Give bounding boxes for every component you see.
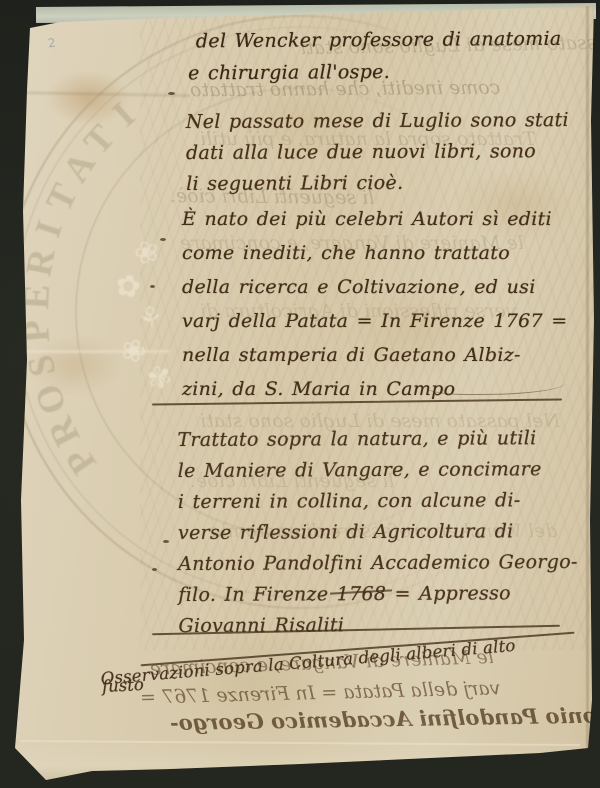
seal-letter: T — [76, 117, 123, 163]
seal-flower-icon: ❀ — [115, 330, 151, 371]
pencil-page-number: 2 — [47, 36, 57, 51]
seal-flower-icon: ⚘ — [135, 299, 167, 337]
ink-speck — [168, 92, 175, 95]
text-line: È nato dei più celebri Autori sì editi — [182, 202, 577, 236]
text-line: nella stamperia di Gaetano Albiz- — [182, 338, 577, 372]
text-line: dati alla luce due nuovi libri, sono — [186, 136, 581, 169]
seal-letter: R — [18, 244, 64, 279]
seal-letter: I — [105, 95, 143, 135]
seal-letter: T — [38, 177, 86, 217]
text-line: le Maniere di Vangare, e concimare — [178, 454, 578, 487]
seal-letter: R — [39, 409, 88, 453]
ink-speck — [160, 238, 166, 241]
ink-speck — [150, 285, 155, 288]
paragraph-book-entry-1: È nato dei più celebri Autori sì editi c… — [182, 202, 577, 406]
fold-crease — [0, 350, 170, 353]
text-line: della ricerca e Coltivazione, ed usi — [182, 270, 577, 304]
ink-speck — [152, 568, 157, 571]
seal-letter: P — [16, 319, 58, 344]
seal-letter: I — [27, 216, 70, 242]
text-line: verse riflessioni di Agricoltura di — [178, 516, 578, 549]
text-line: come inediti, che hanno trattato — [182, 236, 577, 270]
paragraph-intro: del Wencker professore di anatomia e chi… — [196, 23, 576, 90]
seal-letter: P — [58, 440, 105, 482]
text-line: filo. In Firenze 1768 = Appresso — [178, 578, 578, 611]
text-line: i terreni in collina, con alcune di- — [178, 485, 578, 518]
seal-letter: A — [55, 145, 104, 190]
text-line: Nel passato mese di Luglio sono stati — [186, 105, 581, 138]
manuscript-page: P R O S P E R I T A T I ❀ ✿ ⚘ ❀ ✾ — [0, 0, 600, 788]
text-line: e chirurgia all'ospe. — [188, 55, 576, 90]
manuscript-scan: P R O S P E R I T A T I ❀ ✿ ⚘ ❀ ✾ — [0, 0, 600, 788]
text-line: del Wencker professore di anatomia — [196, 23, 576, 58]
seal-letter: O — [27, 379, 75, 420]
seal-letter: E — [16, 283, 58, 310]
text-line: Trattato sopra la natura, e più utili — [177, 423, 577, 456]
paragraph-book-entry-2: Trattato sopra la natura, e più utili le… — [177, 423, 578, 642]
right-edge-fold — [586, 0, 589, 760]
seal-letter: S — [20, 351, 64, 380]
text-line: Antonio Pandolfini Accademico Georgo- — [178, 547, 578, 580]
seal-flower-icon: ✾ — [143, 359, 176, 399]
text-line: li seguenti Libri cioè. — [186, 167, 581, 200]
bleedthrough-line: varj della Patata = In Firenze 1767 = — [140, 677, 501, 708]
seal-flower-icon: ✿ — [112, 267, 144, 306]
text-line: varj della Patata = In Firenze 1767 = — [182, 304, 577, 338]
ink-speck — [163, 540, 169, 543]
marginal-note-word: fusto — [102, 675, 145, 696]
fold-crease — [0, 91, 190, 96]
paragraph-announcement: Nel passato mese di Luglio sono stati da… — [186, 105, 581, 200]
fold-crease — [20, 740, 580, 746]
bleedthrough-line: Antonio Pandolfini Accademico Georgo- — [170, 702, 600, 735]
